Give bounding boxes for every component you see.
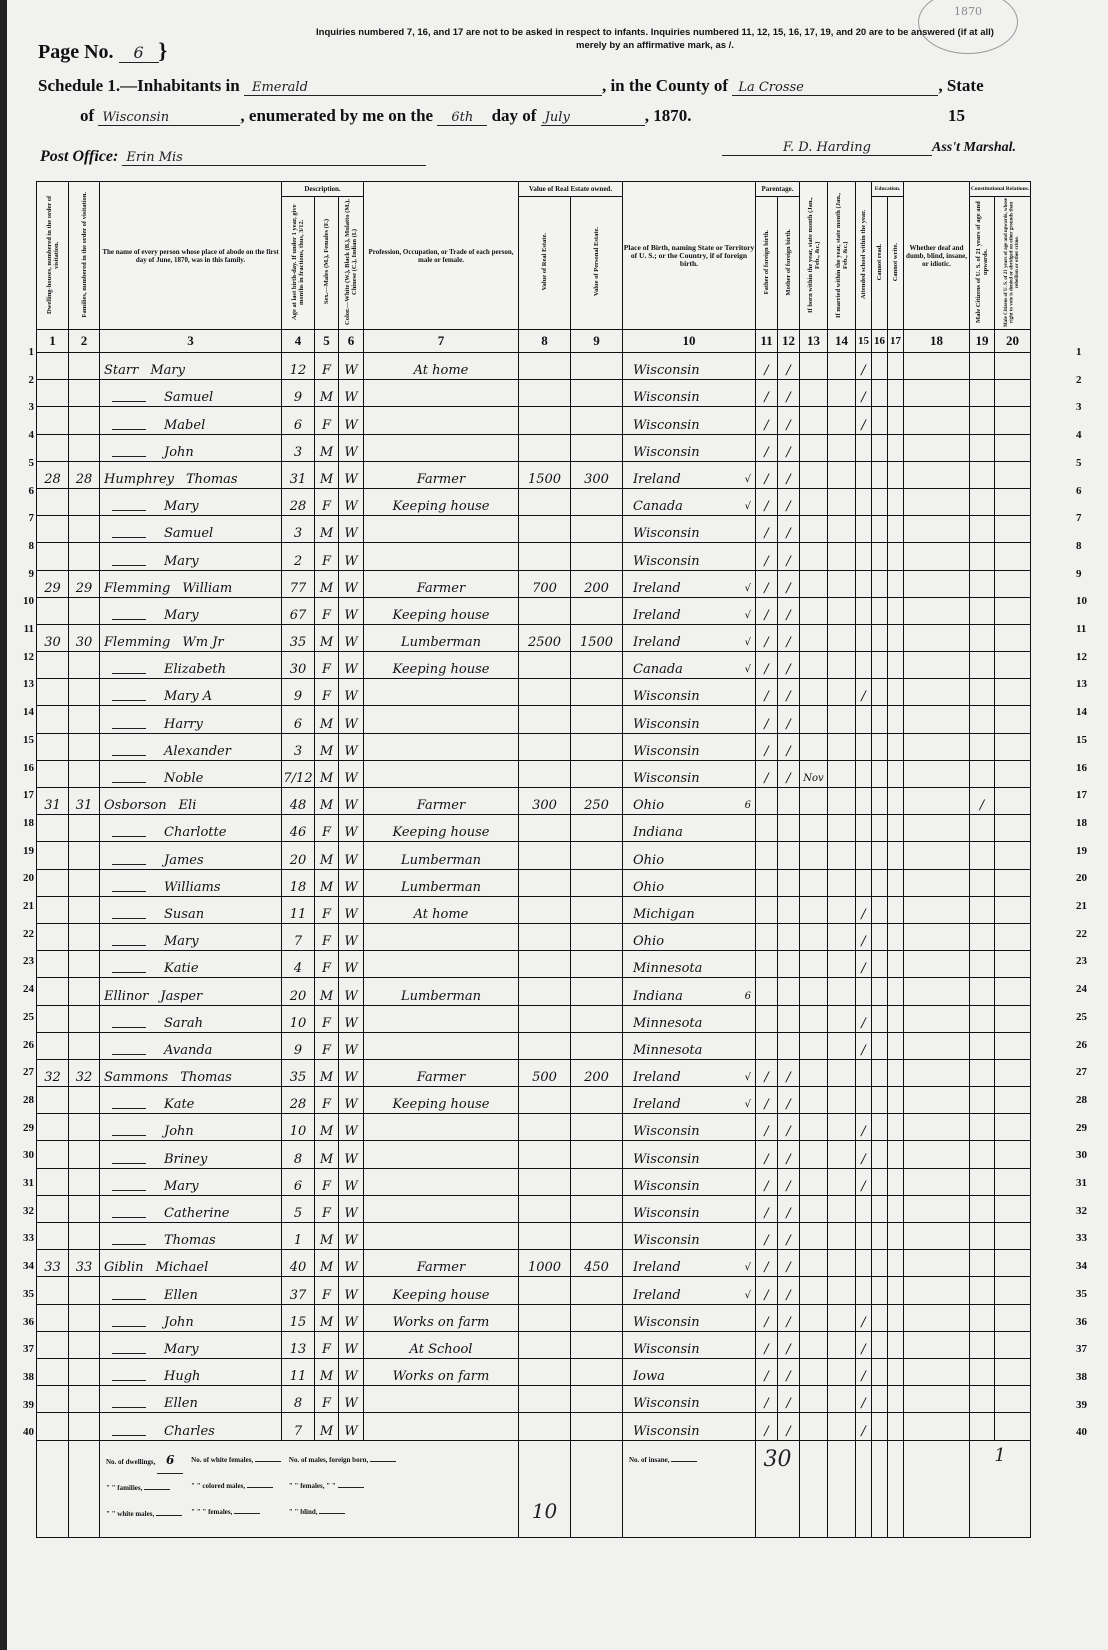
vote-denied	[995, 760, 1031, 787]
born-in-year	[800, 733, 828, 760]
ditto-dash	[112, 401, 146, 402]
summary-white-females	[255, 1461, 281, 1462]
male-citizen-mark	[970, 923, 995, 950]
cannot-write	[888, 869, 904, 896]
given-name: Mary	[164, 608, 199, 623]
census-row: 2828HumphreyThomas31MWFarmer1500300√Irel…	[37, 461, 1031, 488]
real-estate-value	[519, 869, 571, 896]
color: W	[339, 733, 364, 760]
age: 3	[282, 516, 315, 543]
col-header-family: Families, numbered in the order of visit…	[69, 182, 100, 330]
sex: F	[315, 1195, 339, 1222]
birthplace: Ohio	[623, 842, 756, 869]
mother-foreign-mark: /	[778, 488, 800, 515]
vote-denied	[995, 516, 1031, 543]
census-row: Mary2FWWisconsin//	[37, 543, 1031, 570]
census-row: Samuel3MWWisconsin//	[37, 516, 1031, 543]
instructions-note: Inquiries numbered 7, 16, and 17 are not…	[240, 26, 1070, 52]
sex: M	[315, 842, 339, 869]
ditto-dash	[112, 619, 146, 620]
occupation: Farmer	[364, 788, 519, 815]
family-number: 28	[69, 461, 100, 488]
line-number: 19	[6, 845, 34, 857]
col-num: 18	[904, 330, 970, 353]
cannot-read	[872, 1168, 888, 1195]
attended-school-mark	[856, 788, 872, 815]
line-number: 21	[1076, 900, 1106, 912]
personal-estate-value	[571, 679, 623, 706]
family-number	[69, 434, 100, 461]
attended-school-mark: /	[856, 679, 872, 706]
ditto-dash	[112, 673, 146, 674]
occupation	[364, 1141, 519, 1168]
line-number: 35	[6, 1288, 34, 1300]
ditto-dash	[112, 755, 146, 756]
person-name: Briney	[100, 1141, 282, 1168]
dwelling-number	[37, 488, 69, 515]
marshal-signature: F. D. Harding	[722, 140, 932, 156]
line-number: 13	[1076, 678, 1106, 690]
line-number: 39	[1076, 1399, 1106, 1411]
enumerated-label: , enumerated by me on the	[240, 106, 433, 125]
ditto-dash	[112, 510, 146, 511]
married-in-year	[828, 570, 856, 597]
birthplace: √Ireland	[623, 570, 756, 597]
line-number: 15	[6, 734, 34, 746]
married-in-year	[828, 978, 856, 1005]
col-num: 8	[519, 330, 571, 353]
person-name: GiblinMichael	[100, 1250, 282, 1277]
vote-denied	[995, 733, 1031, 760]
married-in-year	[828, 543, 856, 570]
dwelling-number	[37, 516, 69, 543]
birthplace: √Ireland	[623, 1059, 756, 1086]
male-citizen-mark	[970, 842, 995, 869]
dwelling-number	[37, 652, 69, 679]
state-line: of Wisconsin, enumerated by me on the 6t…	[80, 106, 691, 126]
sex: F	[315, 652, 339, 679]
color: W	[339, 570, 364, 597]
given-name: Mary	[164, 1179, 199, 1194]
census-row: 3333GiblinMichael40MWFarmer1000450√Irela…	[37, 1250, 1031, 1277]
surname: Sammons	[104, 1070, 168, 1085]
line-number: 7	[1076, 512, 1106, 524]
married-in-year	[828, 407, 856, 434]
col-header-mother-foreign: Mother of foreign birth.	[778, 197, 800, 330]
color: W	[339, 461, 364, 488]
personal-estate-value: 1500	[571, 624, 623, 651]
disability	[904, 434, 970, 461]
sex: F	[315, 896, 339, 923]
father-foreign-mark: /	[756, 488, 778, 515]
ditto-dash	[112, 864, 146, 865]
disability	[904, 815, 970, 842]
line-number: 28	[1076, 1094, 1106, 1106]
sex: M	[315, 869, 339, 896]
col-header-cannot-read: Cannot read.	[872, 197, 888, 330]
attended-school-mark	[856, 570, 872, 597]
married-in-year	[828, 1277, 856, 1304]
color: W	[339, 1195, 364, 1222]
given-name: John	[164, 1124, 194, 1139]
born-in-year	[800, 1386, 828, 1413]
of-label: of	[80, 106, 94, 125]
summary-males-foreign	[370, 1461, 396, 1462]
line-number: 24	[1076, 983, 1106, 995]
birthplace-text: Ireland	[633, 608, 681, 623]
married-in-year	[828, 1223, 856, 1250]
line-number: 31	[6, 1177, 34, 1189]
age: 7	[282, 923, 315, 950]
color: W	[339, 1087, 364, 1114]
cannot-write	[888, 1005, 904, 1032]
sex: F	[315, 488, 339, 515]
age: 9	[282, 380, 315, 407]
color: W	[339, 706, 364, 733]
vote-denied	[995, 434, 1031, 461]
col-num: 4	[282, 330, 315, 353]
birthplace: √Ireland	[623, 1250, 756, 1277]
ditto-dash	[112, 456, 146, 457]
real-estate-value	[519, 733, 571, 760]
age: 18	[282, 869, 315, 896]
mother-foreign-mark	[778, 1005, 800, 1032]
age: 12	[282, 353, 315, 380]
line-number: 26	[1076, 1039, 1106, 1051]
disability	[904, 1087, 970, 1114]
person-name: Mary	[100, 488, 282, 515]
married-in-year	[828, 733, 856, 760]
line-number: 18	[6, 817, 34, 829]
ditto-dash	[112, 565, 146, 566]
cannot-read	[872, 407, 888, 434]
age: 28	[282, 488, 315, 515]
ditto-dash	[112, 782, 146, 783]
line-number: 5	[6, 457, 34, 469]
father-foreign-mark: /	[756, 1223, 778, 1250]
mother-foreign-mark	[778, 815, 800, 842]
personal-estate-value	[571, 1032, 623, 1059]
family-number	[69, 488, 100, 515]
family-number	[69, 978, 100, 1005]
line-number: 26	[6, 1039, 34, 1051]
family-number	[69, 733, 100, 760]
disability	[904, 1358, 970, 1385]
mother-foreign-mark	[778, 788, 800, 815]
cannot-write	[888, 543, 904, 570]
birthplace: √Ireland	[623, 1277, 756, 1304]
check-mark: √	[745, 1097, 751, 1113]
disability	[904, 1005, 970, 1032]
color: W	[339, 624, 364, 651]
married-in-year	[828, 679, 856, 706]
real-estate-value	[519, 1413, 571, 1440]
born-in-year	[800, 353, 828, 380]
cannot-read	[872, 788, 888, 815]
census-row: Mary67FWKeeping house√Ireland//	[37, 597, 1031, 624]
father-foreign-mark: /	[756, 1250, 778, 1277]
cannot-read	[872, 624, 888, 651]
occupation	[364, 679, 519, 706]
census-row: StarrMary12FWAt homeWisconsin///	[37, 353, 1031, 380]
male-citizen-mark	[970, 407, 995, 434]
cannot-write	[888, 923, 904, 950]
male-citizen-mark	[970, 1386, 995, 1413]
age: 1	[282, 1223, 315, 1250]
male-citizen-mark	[970, 815, 995, 842]
birthplace: Wisconsin	[623, 543, 756, 570]
family-number	[69, 1087, 100, 1114]
real-estate-value	[519, 1331, 571, 1358]
check-mark: √	[745, 1288, 751, 1304]
given-name: Harry	[164, 717, 203, 732]
occupation	[364, 733, 519, 760]
birthplace: Wisconsin	[623, 1114, 756, 1141]
male-citizen-mark	[970, 652, 995, 679]
birthplace-text: Wisconsin	[633, 363, 700, 378]
family-number	[69, 1304, 100, 1331]
given-name: Mary	[164, 499, 199, 514]
given-name: Jasper	[160, 989, 202, 1004]
col-num: 2	[69, 330, 100, 353]
married-in-year	[828, 1358, 856, 1385]
col-num: 11	[756, 330, 778, 353]
attended-school-mark: /	[856, 1358, 872, 1385]
attended-school-mark	[856, 1087, 872, 1114]
father-foreign-mark: /	[756, 1386, 778, 1413]
summary-blind	[319, 1513, 345, 1514]
person-name: FlemmingWm Jr	[100, 624, 282, 651]
dwelling-number	[37, 1168, 69, 1195]
vote-denied	[995, 1141, 1031, 1168]
disability	[904, 488, 970, 515]
county-field: La Crosse	[732, 80, 938, 96]
line-number: 25	[6, 1011, 34, 1023]
summary-colored-females	[234, 1513, 260, 1514]
mother-foreign-mark: /	[778, 1195, 800, 1222]
vote-denied	[995, 380, 1031, 407]
family-number	[69, 1277, 100, 1304]
surname: Humphrey	[104, 472, 174, 487]
vote-denied	[995, 1114, 1031, 1141]
sex: F	[315, 923, 339, 950]
occupation: Keeping house	[364, 815, 519, 842]
color: W	[339, 679, 364, 706]
attended-school-mark: /	[856, 407, 872, 434]
col-header-disability: Whether deaf and dumb, blind, insane, or…	[904, 182, 970, 330]
line-number: 15	[1076, 734, 1106, 746]
father-foreign-mark: /	[756, 597, 778, 624]
birthplace-text: Ohio	[633, 934, 664, 949]
line-number: 10	[6, 595, 34, 607]
line-number: 11	[6, 623, 34, 635]
township-field: Emerald	[244, 80, 602, 96]
dwelling-number	[37, 353, 69, 380]
born-in-year	[800, 1168, 828, 1195]
born-in-year	[800, 1141, 828, 1168]
line-number: 3	[1076, 401, 1106, 413]
line-number: 36	[1076, 1316, 1106, 1328]
ditto-dash	[112, 836, 146, 837]
attended-school-mark: /	[856, 353, 872, 380]
cannot-write	[888, 516, 904, 543]
personal-estate-value	[571, 951, 623, 978]
given-name: Mary	[164, 934, 199, 949]
disability	[904, 1250, 970, 1277]
col-group-value: Value of Real Estate owned.	[519, 182, 623, 197]
real-estate-value	[519, 1195, 571, 1222]
real-estate-value: 1000	[519, 1250, 571, 1277]
occupation	[364, 951, 519, 978]
person-name: Alexander	[100, 733, 282, 760]
marshal-label: Ass't Marshal.	[932, 140, 1016, 155]
occupation	[364, 1168, 519, 1195]
cannot-read	[872, 706, 888, 733]
birthplace-text: Canada	[633, 662, 683, 677]
check-mark: √	[745, 662, 751, 678]
birthplace-text: Minnesota	[633, 1016, 702, 1031]
cannot-read	[872, 1331, 888, 1358]
father-foreign-mark: /	[756, 543, 778, 570]
personal-estate-value	[571, 407, 623, 434]
father-foreign-mark: /	[756, 461, 778, 488]
age: 28	[282, 1087, 315, 1114]
color: W	[339, 380, 364, 407]
born-in-year	[800, 1087, 828, 1114]
census-row: 3232SammonsThomas35MWFarmer500200√Irelan…	[37, 1059, 1031, 1086]
vote-denied	[995, 570, 1031, 597]
father-foreign-mark: /	[756, 1331, 778, 1358]
given-name: Michael	[156, 1260, 209, 1275]
vote-denied	[995, 543, 1031, 570]
age: 10	[282, 1114, 315, 1141]
person-name: John	[100, 1304, 282, 1331]
cannot-read	[872, 1413, 888, 1440]
born-in-year	[800, 1005, 828, 1032]
person-name: Mary	[100, 597, 282, 624]
sheet-number: 15	[948, 106, 965, 126]
birthplace-text: Wisconsin	[633, 771, 700, 786]
mother-foreign-mark: /	[778, 760, 800, 787]
attended-school-mark	[856, 1277, 872, 1304]
ditto-dash	[112, 1027, 146, 1028]
ditto-dash	[112, 1054, 146, 1055]
father-foreign-mark: /	[756, 1358, 778, 1385]
birthplace-text: Wisconsin	[633, 554, 700, 569]
father-foreign-mark	[756, 923, 778, 950]
mother-foreign-mark: /	[778, 652, 800, 679]
birthplace: Wisconsin	[623, 434, 756, 461]
personal-estate-value: 250	[571, 788, 623, 815]
dwelling-number	[37, 1141, 69, 1168]
birthplace: √Canada	[623, 652, 756, 679]
line-number: 12	[6, 651, 34, 663]
dwelling-number: 28	[37, 461, 69, 488]
dwelling-number	[37, 706, 69, 733]
occupation: Works on farm	[364, 1358, 519, 1385]
attended-school-mark	[856, 461, 872, 488]
person-name: Ellen	[100, 1386, 282, 1413]
dwelling-number	[37, 951, 69, 978]
col-header-personal-estate: Value of Personal Estate.	[571, 197, 623, 330]
surname: Giblin	[104, 1260, 144, 1275]
surname: Osborson	[104, 798, 167, 813]
given-name: John	[164, 1315, 194, 1330]
born-in-year	[800, 624, 828, 651]
given-name: Samuel	[164, 526, 213, 541]
sex: M	[315, 1059, 339, 1086]
family-number	[69, 923, 100, 950]
cannot-read	[872, 1059, 888, 1086]
personal-estate-value	[571, 706, 623, 733]
cannot-write	[888, 842, 904, 869]
disability	[904, 570, 970, 597]
census-row: Ellen37FWKeeping house√Ireland//	[37, 1277, 1031, 1304]
col-num: 14	[828, 330, 856, 353]
attended-school-mark	[856, 869, 872, 896]
father-foreign-mark	[756, 788, 778, 815]
census-row: 2929FlemmingWilliam77MWFarmer700200√Irel…	[37, 570, 1031, 597]
surname: Flemming	[104, 635, 170, 650]
vote-denied	[995, 1223, 1031, 1250]
attended-school-mark: /	[856, 896, 872, 923]
attended-school-mark	[856, 1223, 872, 1250]
vote-denied	[995, 978, 1031, 1005]
summary-families	[144, 1489, 170, 1490]
birthplace-text: Ireland	[633, 1097, 681, 1112]
line-number: 14	[6, 706, 34, 718]
person-name: HumphreyThomas	[100, 461, 282, 488]
family-number: 32	[69, 1059, 100, 1086]
cannot-write	[888, 1087, 904, 1114]
dwelling-number	[37, 733, 69, 760]
occupation: At home	[364, 896, 519, 923]
real-estate-value	[519, 1005, 571, 1032]
disability	[904, 923, 970, 950]
cannot-read	[872, 842, 888, 869]
col-group-constitutional: Constitutional Relations.	[970, 182, 1031, 197]
male-citizen-mark	[970, 1168, 995, 1195]
family-number	[69, 842, 100, 869]
census-row: Mary6FWWisconsin///	[37, 1168, 1031, 1195]
col-num: 9	[571, 330, 623, 353]
cannot-read	[872, 1087, 888, 1114]
sex: M	[315, 760, 339, 787]
occupation: Keeping house	[364, 597, 519, 624]
married-in-year	[828, 706, 856, 733]
col-num: 16	[872, 330, 888, 353]
color: W	[339, 1141, 364, 1168]
line-number: 34	[1076, 1260, 1106, 1272]
family-number	[69, 896, 100, 923]
ditto-dash	[112, 1407, 146, 1408]
summary-colored-males	[247, 1487, 273, 1488]
ditto-dash	[112, 700, 146, 701]
age: 9	[282, 1032, 315, 1059]
census-row: Charles7MWWisconsin///	[37, 1413, 1031, 1440]
color: W	[339, 488, 364, 515]
father-foreign-mark: /	[756, 1087, 778, 1114]
sex: M	[315, 380, 339, 407]
age: 37	[282, 1277, 315, 1304]
given-name: Wm Jr	[182, 635, 223, 650]
page-label: Page No.	[38, 41, 114, 63]
family-number	[69, 1168, 100, 1195]
father-foreign-mark	[756, 896, 778, 923]
disability	[904, 1141, 970, 1168]
col-num: 12	[778, 330, 800, 353]
born-in-year	[800, 488, 828, 515]
